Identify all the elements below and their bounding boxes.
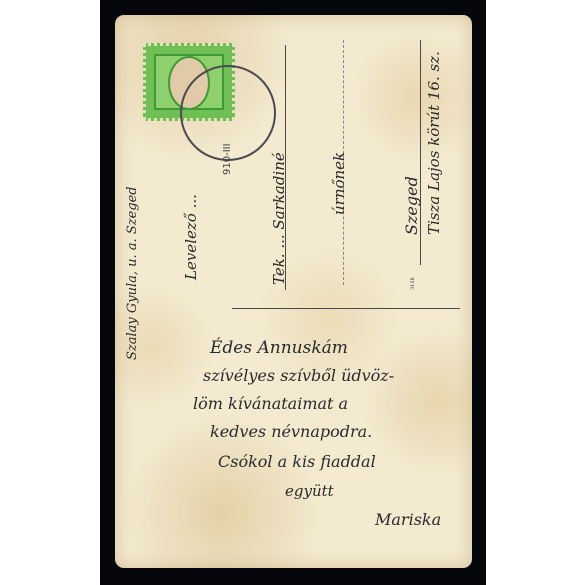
message-line-6: együtt — [285, 482, 334, 500]
address-street: Tisza Lajos körút 16. sz. — [425, 51, 443, 235]
margin-note: Szalay Gyula, u. a. Szeged — [125, 186, 140, 360]
postmark-date: 910-III — [222, 143, 233, 175]
catalog-number: 3158 — [410, 277, 416, 290]
signature: Mariska — [375, 510, 441, 529]
message-line-2: szívélyes szívből üdvöz- — [203, 366, 394, 385]
address-recipient: Tek. ... Sarkadiné — [270, 152, 288, 285]
message-line-1: Édes Annuskám — [210, 338, 348, 358]
divider-line — [232, 308, 460, 309]
message-line-4: kedves névnapodra. — [210, 422, 372, 441]
message-line-3: löm kívánataimat a — [193, 394, 348, 413]
message-line-5: Csókol a kis fiaddal — [218, 452, 376, 471]
address-title: úrnőnek — [330, 152, 348, 215]
address-line-levelezo: Levelező ... — [182, 194, 200, 280]
address-city: Szeged — [402, 176, 421, 235]
